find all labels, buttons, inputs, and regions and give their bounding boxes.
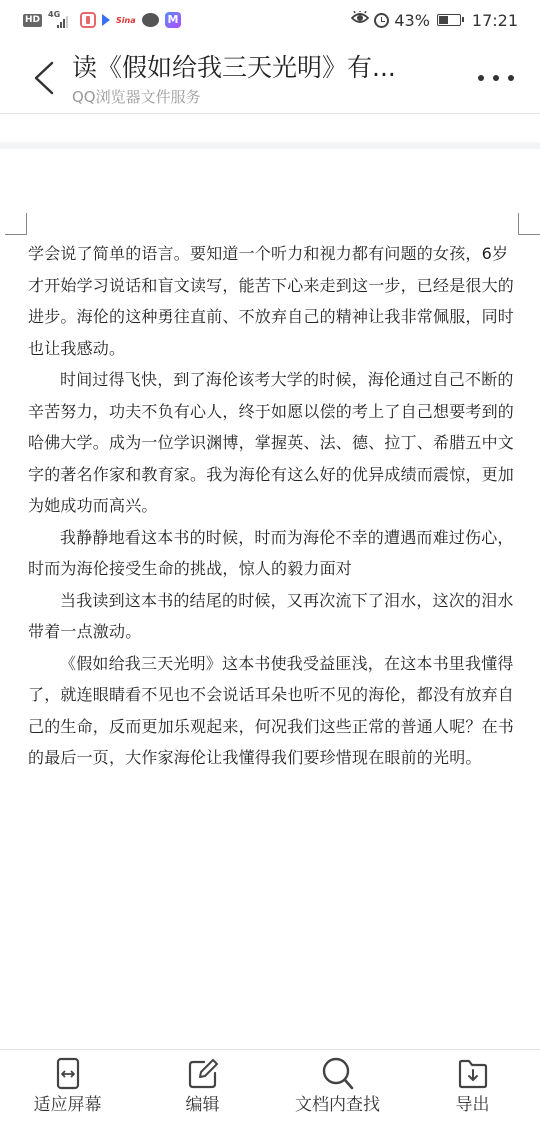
- paragraph: 我静静地看这本书的时候，时而为海伦不幸的遭遇而难过伤心，时而为海伦接受生命的挑战…: [28, 522, 524, 585]
- fit-screen-label: 适应屏幕: [34, 1094, 102, 1116]
- status-bar: HD 4G Sina M 43% 17:21: [0, 0, 540, 40]
- page-gap-divider: [0, 142, 540, 149]
- crop-mark-top-left-icon: [5, 213, 27, 235]
- more-options-button[interactable]: [478, 70, 514, 86]
- status-bar-right: 43% 17:21: [351, 11, 518, 30]
- paragraph: 时间过得飞快，到了海伦该考大学的时候，海伦通过自己不断的辛苦努力，功夫不负有心人…: [28, 364, 524, 522]
- clock-time: 17:21: [472, 11, 518, 30]
- page-title: 读《假如给我三天光明》有...: [72, 52, 442, 84]
- fit-screen-icon: [51, 1057, 85, 1091]
- search-icon: [321, 1057, 355, 1091]
- crop-mark-top-right-icon: [518, 213, 540, 235]
- document-body: 学会说了简单的语言。要知道一个听力和视力都有问题的女孩，6岁才开始学习说话和盲文…: [28, 238, 524, 774]
- fit-screen-button[interactable]: 适应屏幕: [0, 1050, 135, 1122]
- paragraph: 《假如给我三天光明》这本书使我受益匪浅，在这本书里我懂得了，就连眼睛看不见也不会…: [28, 648, 524, 774]
- edit-icon: [186, 1057, 220, 1091]
- edit-button[interactable]: 编辑: [135, 1050, 270, 1122]
- hd-icon: HD: [23, 14, 42, 27]
- paragraph: 学会说了简单的语言。要知道一个听力和视力都有问题的女孩，6岁才开始学习说话和盲文…: [28, 238, 524, 364]
- video-app-icon: [102, 14, 110, 26]
- more-dot-icon: [493, 75, 499, 81]
- export-label: 导出: [456, 1094, 490, 1116]
- find-in-document-label: 文档内查找: [295, 1094, 380, 1116]
- signal-icon: 4G: [48, 10, 74, 30]
- chat-app-icon: [142, 13, 159, 27]
- status-bar-left: HD 4G Sina M: [23, 10, 181, 30]
- book-app-icon: [80, 12, 96, 28]
- battery-percent: 43%: [394, 11, 430, 30]
- edit-label: 编辑: [186, 1094, 220, 1116]
- find-in-document-button[interactable]: 文档内查找: [270, 1050, 405, 1122]
- sina-app-icon: Sina: [116, 16, 136, 25]
- more-dot-icon: [508, 75, 514, 81]
- document-page[interactable]: 学会说了简单的语言。要知道一个听力和视力都有问题的女孩，6岁才开始学习说话和盲文…: [0, 149, 540, 1049]
- m-app-icon: M: [165, 12, 181, 28]
- eye-comfort-icon: [351, 11, 369, 29]
- export-button[interactable]: 导出: [405, 1050, 540, 1122]
- bottom-toolbar: 适应屏幕 编辑 文档内查找 导出: [0, 1049, 540, 1122]
- alarm-icon: [374, 13, 389, 28]
- export-folder-icon: [456, 1057, 490, 1091]
- screen: HD 4G Sina M 43% 17:21: [0, 0, 540, 1122]
- signal-bars: [57, 16, 68, 28]
- page-subtitle: QQ浏览器文件服务: [72, 87, 201, 107]
- battery-icon: [437, 14, 461, 26]
- chevron-left-icon: [28, 58, 58, 98]
- app-header: 读《假如给我三天光明》有... QQ浏览器文件服务: [0, 40, 540, 114]
- paragraph: 当我读到这本书的结尾的时候，又再次流下了泪水，这次的泪水带着一点激动。: [28, 585, 524, 648]
- more-dot-icon: [478, 75, 484, 81]
- back-button[interactable]: [28, 58, 58, 98]
